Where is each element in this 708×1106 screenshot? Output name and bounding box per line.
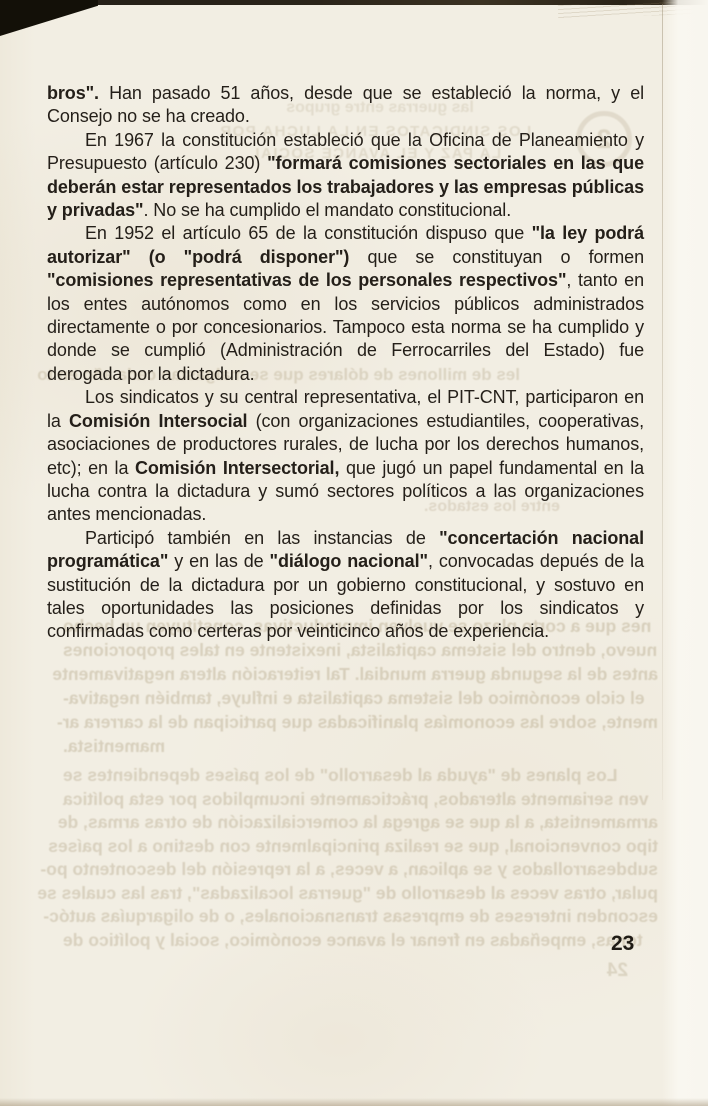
page-number: 23	[611, 932, 634, 956]
paragraph-3: En 1952 el artículo 65 de la constitució…	[47, 222, 644, 386]
scan-corner-shadow	[0, 0, 98, 36]
paragraph-2: En 1967 la constitución estableció que l…	[47, 129, 644, 223]
bleedthrough-paragraph-b: Los planes de "ayuda al desarrollo" de l…	[63, 764, 658, 952]
book-page-scan: las guerras entre grupos LOS SINDICATOS …	[0, 0, 708, 1106]
scan-edge-right	[662, 0, 708, 1106]
scan-edge-bottom	[0, 1098, 708, 1106]
paragraph-4: Los sindicatos y su central representati…	[47, 386, 644, 526]
bleedthrough-page-number: 24	[596, 960, 628, 982]
paragraph-1: bros". Han pasado 51 años, desde que se …	[47, 82, 644, 129]
paragraph-5: Participó también en las instancias de "…	[47, 527, 644, 644]
body-text: bros". Han pasado 51 años, desde que se …	[47, 82, 644, 644]
